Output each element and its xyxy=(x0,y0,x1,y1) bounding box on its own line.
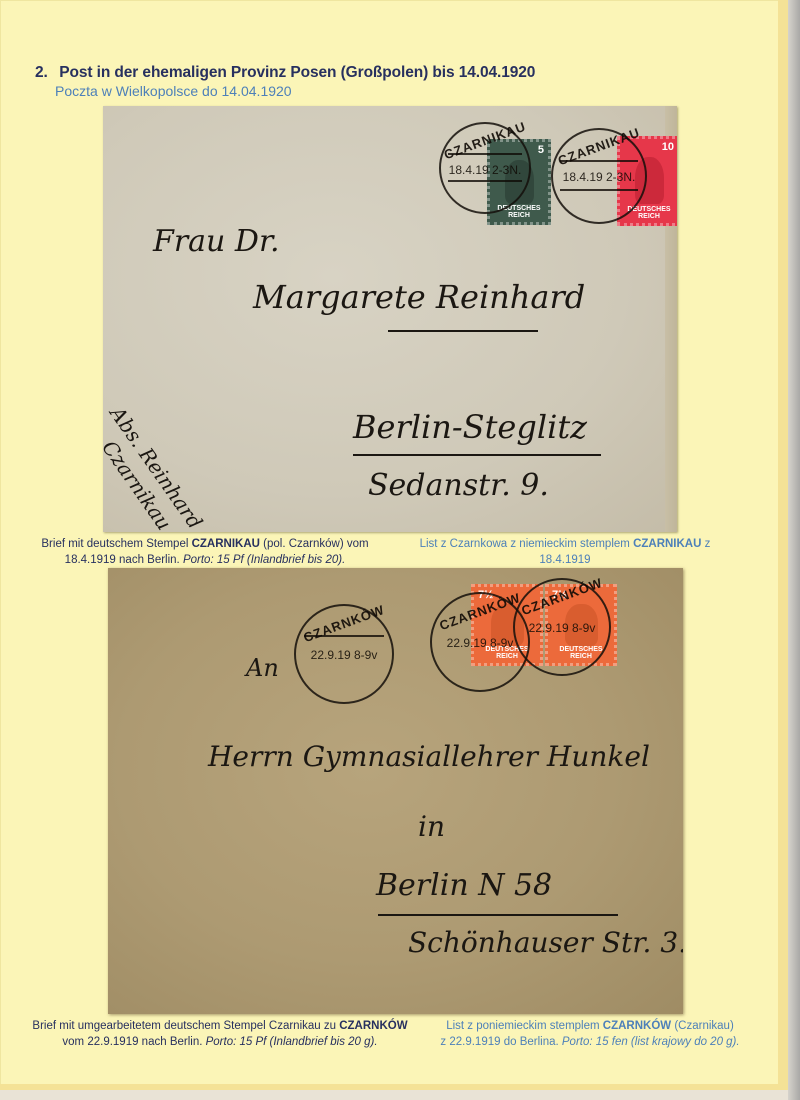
caption-bold: CZARNIKAU xyxy=(633,538,701,550)
caption-text: List z poniemieckim stemplem xyxy=(446,1020,603,1032)
caption-text: z 22.9.1919 do Berlina. xyxy=(440,1036,561,1048)
caption-bold: CZARNKÓW xyxy=(339,1020,407,1032)
postmark-date: 22.9.19 8-9v xyxy=(515,621,609,635)
caption-text: 18.4.1919 nach Berlin. xyxy=(65,554,183,566)
page-title: 2. Post in der ehemaligen Provinz Posen … xyxy=(35,64,535,82)
postmark-bar xyxy=(560,160,637,162)
stamp-value: 5 xyxy=(538,144,544,156)
postmark-city: CZARNIKAU xyxy=(441,118,529,162)
caption-cover-1-german: Brief mit deutschem Stempel CZARNIKAU (p… xyxy=(40,536,370,568)
postmark-bar xyxy=(304,635,385,637)
address-line-3: in xyxy=(418,810,445,843)
address-line-1: Frau Dr. xyxy=(153,224,280,259)
address-line-3: Berlin-Steglitz xyxy=(353,408,587,446)
caption-text: (pol. Czarnków) vom xyxy=(260,538,369,550)
title-german: Post in der ehemaligen Provinz Posen (Gr… xyxy=(59,64,535,81)
address-line-4: Sedanstr. 9. xyxy=(368,468,549,503)
address-line-2: Herrn Gymnasiallehrer Hunkel xyxy=(208,740,650,773)
postmark-czarnikau: CZARNIKAU 18.4.19 2-3N. xyxy=(551,128,647,224)
caption-bold: CZARNKÓW xyxy=(603,1020,671,1032)
postmark-city: CZARNKÓW xyxy=(515,574,608,620)
page-edge xyxy=(778,0,788,1090)
caption-postage: Porto: 15 Pf (Inlandbrief bis 20 g). xyxy=(206,1036,378,1048)
caption-cover-2-german: Brief mit umgearbeitetem deutschem Stemp… xyxy=(30,1018,410,1050)
cover-1-envelope: 5 DEUTSCHES REICH 10 DEUTSCHES REICH CZA… xyxy=(103,106,677,532)
caption-text: List z Czarnkowa z niemieckim stemplem xyxy=(420,538,633,550)
postmark-czarnikau: CZARNIKAU 18.4.19 2-3N. xyxy=(439,122,531,214)
caption-text: vom 22.9.1919 nach Berlin. xyxy=(62,1036,205,1048)
caption-cover-2-polish: List z poniemieckim stemplem CZARNKÓW (C… xyxy=(410,1018,770,1050)
caption-bold: CZARNIKAU xyxy=(192,538,260,550)
caption-text: (Czarnikau) xyxy=(671,1020,734,1032)
address-underline xyxy=(378,914,618,916)
postmark-city: CZARNKÓW xyxy=(296,600,391,647)
address-line-4: Berlin N 58 xyxy=(376,868,552,903)
postmark-bar xyxy=(448,180,522,182)
address-line-2: Margarete Reinhard xyxy=(253,278,585,316)
stamp-value: 10 xyxy=(662,141,674,153)
title-polish: Poczta w Wielkopolsce do 14.04.1920 xyxy=(55,83,292,99)
cover-2-envelope: 7½ DEUTSCHES REICH 7½ DEUTSCHES REICH CZ… xyxy=(108,568,683,1014)
postmark-date: 22.9.19 8-9v xyxy=(296,648,392,662)
postmark-bar xyxy=(448,153,522,155)
address-underline xyxy=(353,454,601,456)
postmark-date: 18.4.19 2-3N. xyxy=(441,163,529,177)
caption-postage: Porto: 15 fen (list krajowy do 20 g). xyxy=(562,1036,740,1048)
page-bottom-edge xyxy=(0,1084,788,1090)
postmark-date: 18.4.19 2-3N. xyxy=(553,170,645,184)
postmark-czarnkow: CZARNKÓW 22.9.19 8-9v xyxy=(513,578,611,676)
caption-text: Brief mit umgearbeitetem deutschem Stemp… xyxy=(32,1020,339,1032)
address-line-1: An xyxy=(246,654,279,682)
address-underline xyxy=(388,330,538,332)
postmark-city: CZARNIKAU xyxy=(553,124,645,170)
section-number: 2. xyxy=(35,64,55,82)
scan-edge xyxy=(788,0,800,1100)
postmark-czarnkow: CZARNKÓW 22.9.19 8-9v xyxy=(294,604,394,704)
caption-text: Brief mit deutschem Stempel xyxy=(41,538,191,550)
address-line-5: Schönhauser Str. 3. xyxy=(408,926,683,959)
postmark-bar xyxy=(560,189,637,191)
caption-postage: Porto: 15 Pf (Inlandbrief bis 20). xyxy=(183,554,345,566)
